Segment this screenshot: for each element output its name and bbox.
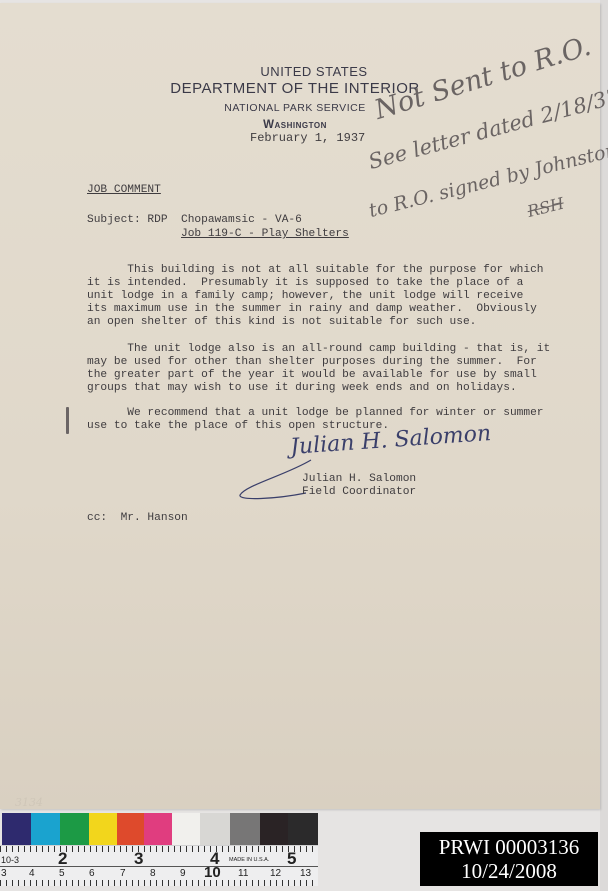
carbon-copy-line: cc: Mr. Hanson [87, 512, 188, 525]
swatch-light-gray [200, 813, 230, 845]
ruler-label: 12 [270, 868, 281, 879]
ruler-ticks-icon [0, 880, 318, 886]
swatch-dark [260, 813, 288, 845]
signer-title: Field Coordinator [302, 486, 416, 499]
swatch-red [117, 813, 144, 845]
swatch-green [60, 813, 89, 845]
ruler-label: 5 [59, 868, 65, 879]
swatch-black [288, 813, 318, 845]
archive-id-stamp: PRWI 00003136 10/24/2008 [420, 832, 598, 886]
ruler-label: 10 [204, 864, 221, 881]
job-comment-heading: JOB COMMENT [87, 184, 161, 197]
swatch-navy [2, 813, 31, 845]
ruler-label: 9 [180, 868, 186, 879]
ruler-label: 6 [89, 868, 95, 879]
ruler-label: 10-3 [1, 855, 19, 865]
letter-date: February 1, 1937 [250, 132, 365, 145]
archive-date: 10/24/2008 [420, 859, 598, 883]
body-paragraph-2: The unit lodge also is an all-round camp… [87, 343, 550, 395]
ruler-cm-scale: 3 4 5 6 7 8 9 10 11 12 13 [0, 867, 318, 886]
swatch-white [172, 813, 200, 845]
ruler-label: 3 [134, 849, 143, 869]
margin-pencil-mark [66, 407, 69, 434]
scan-background-edge [600, 0, 608, 891]
swatch-yellow [89, 813, 117, 845]
ruler-label: 13 [300, 868, 311, 879]
subject-job-line: Job 119-C - Play Shelters [181, 228, 349, 241]
ruler-label: 3 [1, 868, 7, 879]
ruler-maker-label: MADE IN U.S.A. [229, 857, 269, 863]
ruler-label: 7 [120, 868, 126, 879]
ruler-label: 11 [238, 868, 248, 879]
swatch-cyan [31, 813, 60, 845]
faint-page-number: 3134 [15, 796, 43, 809]
body-paragraph-1: This building is not at all suitable for… [87, 264, 544, 329]
measuring-ruler: 10-3 2 3 4 MADE IN U.S.A. 5 3 4 5 6 7 8 … [0, 845, 318, 886]
archive-id: PRWI 00003136 [420, 835, 598, 859]
ruler-label: 4 [29, 868, 35, 879]
ruler-label: 2 [58, 849, 67, 869]
ruler-label: 8 [150, 868, 156, 879]
ruler-inch-scale: 10-3 2 3 4 MADE IN U.S.A. 5 [0, 846, 318, 867]
ruler-label: 5 [287, 849, 296, 869]
ruler-ticks-icon [0, 846, 318, 852]
subject-line: Subject: RDP Chopawamsic - VA-6 [87, 214, 302, 227]
swatch-magenta [144, 813, 172, 845]
signer-name: Julian H. Salomon [302, 473, 416, 486]
swatch-gray [230, 813, 260, 845]
color-target [2, 813, 318, 845]
